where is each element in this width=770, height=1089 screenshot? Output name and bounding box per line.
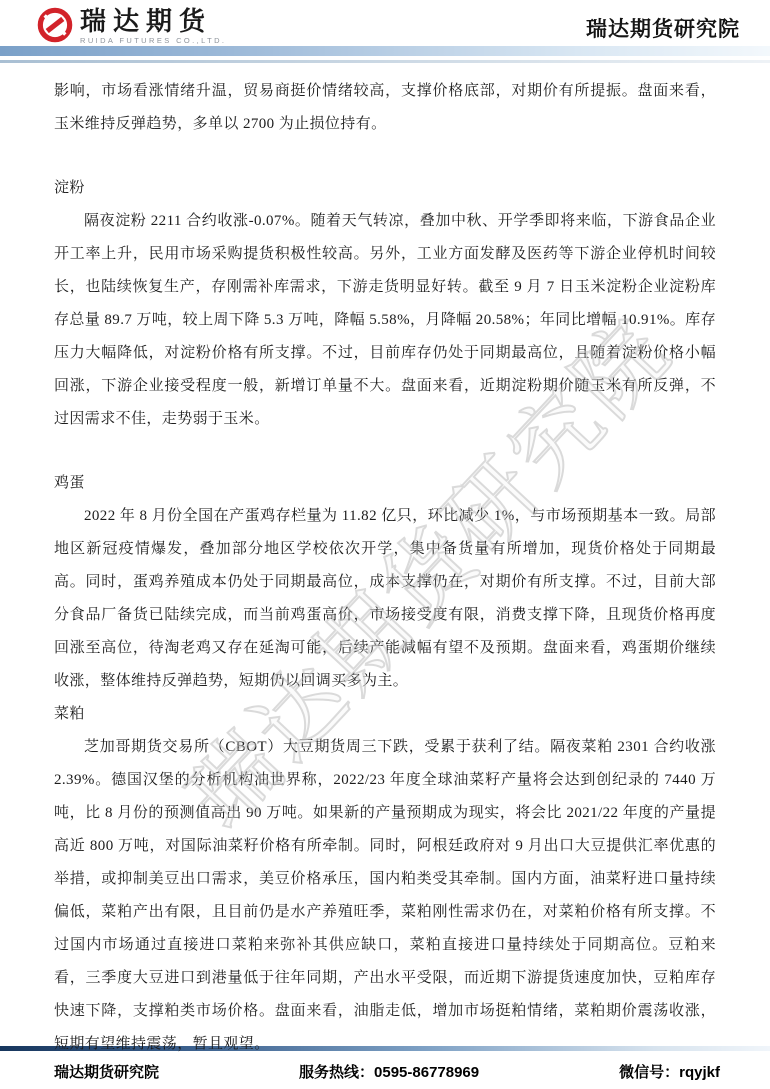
header-divider-bar — [0, 46, 770, 56]
footer-institute: 瑞达期货研究院 — [54, 1061, 159, 1082]
brand-name-cn: 瑞达期货 — [80, 8, 226, 34]
report-body: 影响，市场看涨情绪升温，贸易商挺价情绪较高，支撑价格底部，对期价有所提振。盘面来… — [0, 62, 770, 1061]
section-paragraph-starch: 隔夜淀粉 2211 合约收涨-0.07%。随着天气转凉，叠加中秋、开学季即将来临… — [54, 205, 716, 436]
company-logo: 瑞达期货 RUIDA FUTURES CO.,LTD. — [36, 6, 226, 44]
report-page: 瑞达期货 RUIDA FUTURES CO.,LTD. 瑞达期货研究院 影响，市… — [0, 0, 770, 1089]
section-paragraph-eggs: 2022 年 8 月份全国在产蛋鸡存栏量为 11.82 亿只，环比减少 1%，与… — [54, 500, 716, 698]
section-eggs: 鸡蛋 2022 年 8 月份全国在产蛋鸡存栏量为 11.82 亿只，环比减少 1… — [54, 467, 716, 698]
footer-wechat-id: rqyjkf — [679, 1064, 720, 1081]
ruida-logo-icon — [36, 6, 74, 44]
section-rapeseed-meal: 菜粕 芝加哥期货交易所（CBOT）大豆期货周三下跌，受累于获利了结。隔夜菜粕 2… — [54, 698, 716, 1061]
section-heading-eggs: 鸡蛋 — [54, 467, 716, 500]
section-paragraph-rapeseed-meal: 芝加哥期货交易所（CBOT）大豆期货周三下跌，受累于获利了结。隔夜菜粕 2301… — [54, 731, 716, 1061]
footer-wechat: 微信号：rqyjkf — [619, 1061, 720, 1082]
page-header: 瑞达期货 RUIDA FUTURES CO.,LTD. 瑞达期货研究院 — [0, 0, 770, 62]
footer-wechat-label: 微信号： — [619, 1064, 679, 1081]
footer-hotline-number: 0595-86778969 — [374, 1064, 479, 1081]
section-starch: 淀粉 隔夜淀粉 2211 合约收涨-0.07%。随着天气转凉，叠加中秋、开学季即… — [54, 172, 716, 436]
footer-hotline: 服务热线：0595-86778969 — [299, 1061, 479, 1082]
brand-name-en: RUIDA FUTURES CO.,LTD. — [80, 37, 226, 45]
section-heading-starch: 淀粉 — [54, 172, 716, 205]
header-institute-title: 瑞达期货研究院 — [586, 13, 740, 44]
intro-paragraph: 影响，市场看涨情绪升温，贸易商挺价情绪较高，支撑价格底部，对期价有所提振。盘面来… — [54, 75, 716, 141]
footer-hotline-label: 服务热线： — [299, 1064, 374, 1081]
section-heading-rapeseed-meal: 菜粕 — [54, 698, 716, 731]
